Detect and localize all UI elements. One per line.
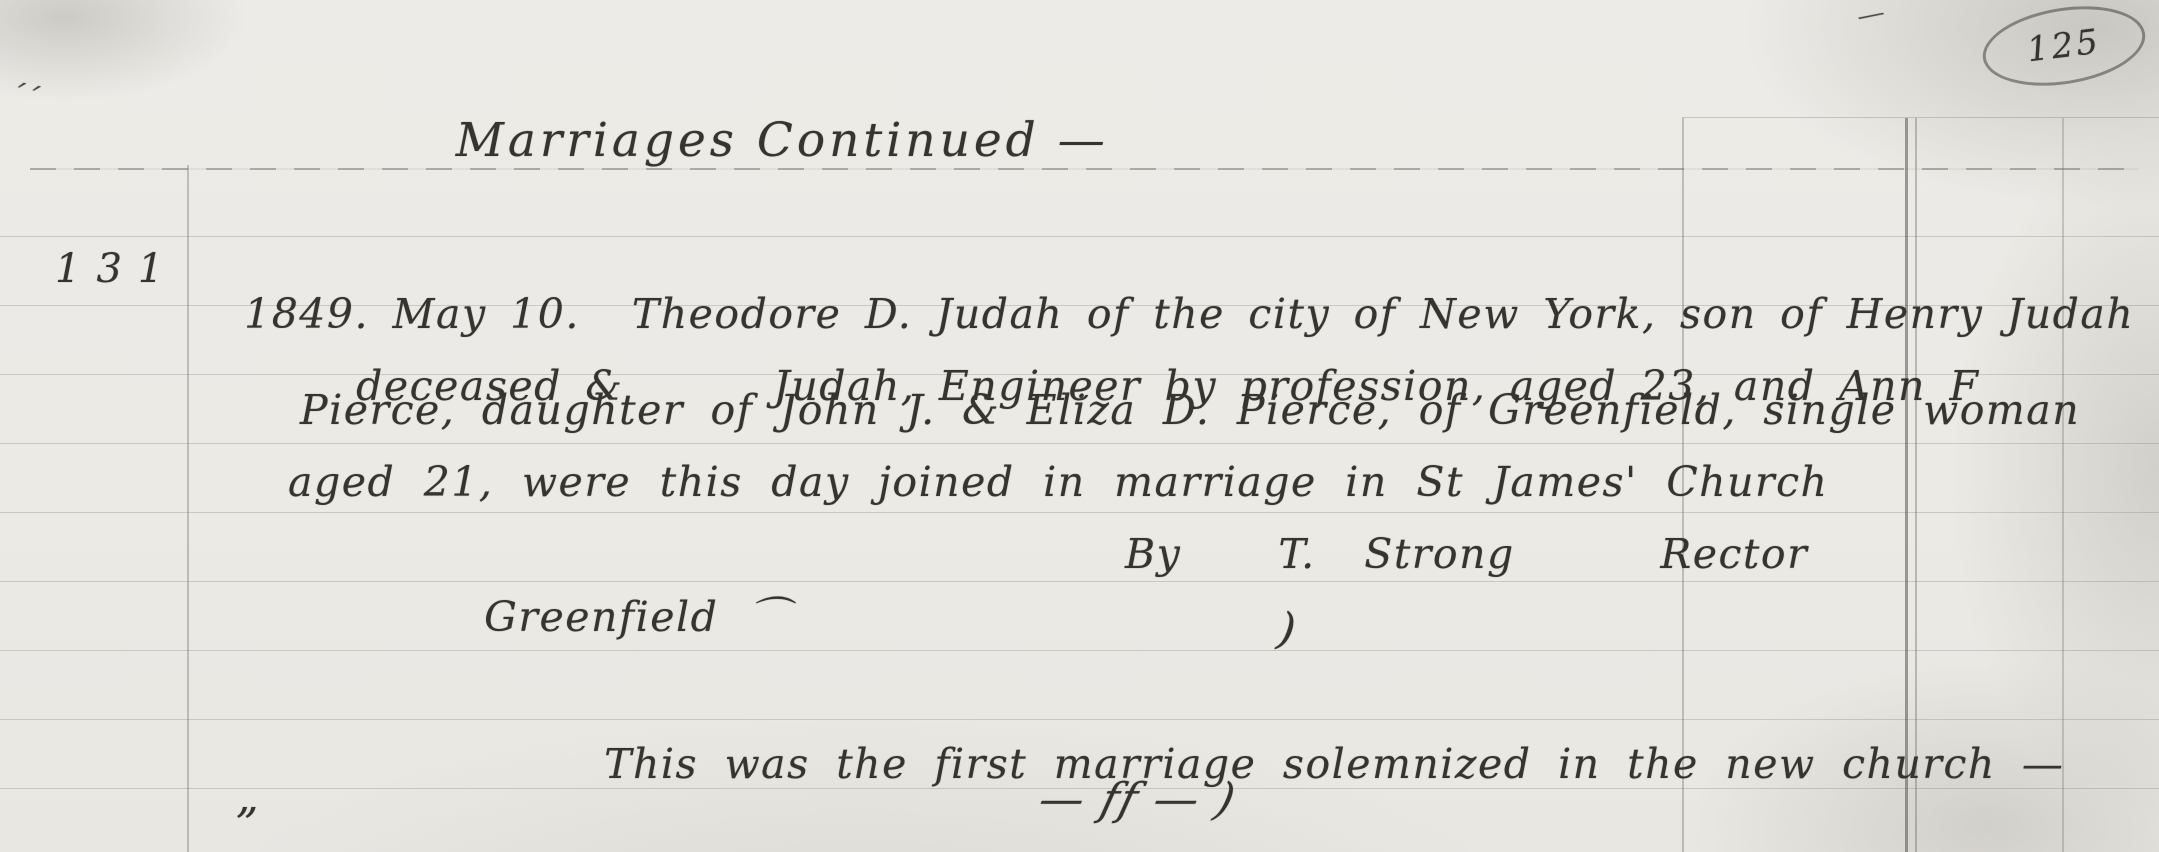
- page-number-stamp: 125: [1977, 0, 2151, 96]
- place-name: Greenfield: [484, 593, 718, 641]
- place-flourish: ⌒: [718, 593, 789, 641]
- scanned-register-page: ˊˊ ⁄ 125 Marriages Continued— 131 1849. …: [0, 0, 2159, 852]
- bottom-flourish-mark: — ff — ): [1034, 774, 1242, 825]
- left-edge-stray-mark: ˊˊ: [5, 77, 42, 117]
- record-line-3: Pierce, daughter of John J. & Eliza D. P…: [300, 386, 2080, 434]
- header-flourish: —: [1040, 113, 1105, 168]
- header-title: Marriages Continued: [456, 113, 1040, 168]
- record-line-4: aged 21, were this day joined in marriag…: [288, 458, 1828, 506]
- marginal-note: This was the first marriage solemnized i…: [498, 692, 2064, 836]
- note-flourish: —: [1996, 740, 2065, 788]
- page-header: Marriages Continued—: [380, 58, 1105, 223]
- ditto-mark: „: [236, 772, 263, 823]
- record-line-5-place: Greenfield⌒: [390, 536, 789, 691]
- top-edge-stray-mark: ⁄: [1859, 4, 1882, 30]
- page-number: 125: [2025, 22, 2103, 71]
- record-line-5-officiant: By T. Strong Rector: [1125, 530, 1808, 578]
- right-columns-top-rule: [1682, 117, 2159, 118]
- note-text: This was the first marriage solemnized i…: [604, 740, 1996, 788]
